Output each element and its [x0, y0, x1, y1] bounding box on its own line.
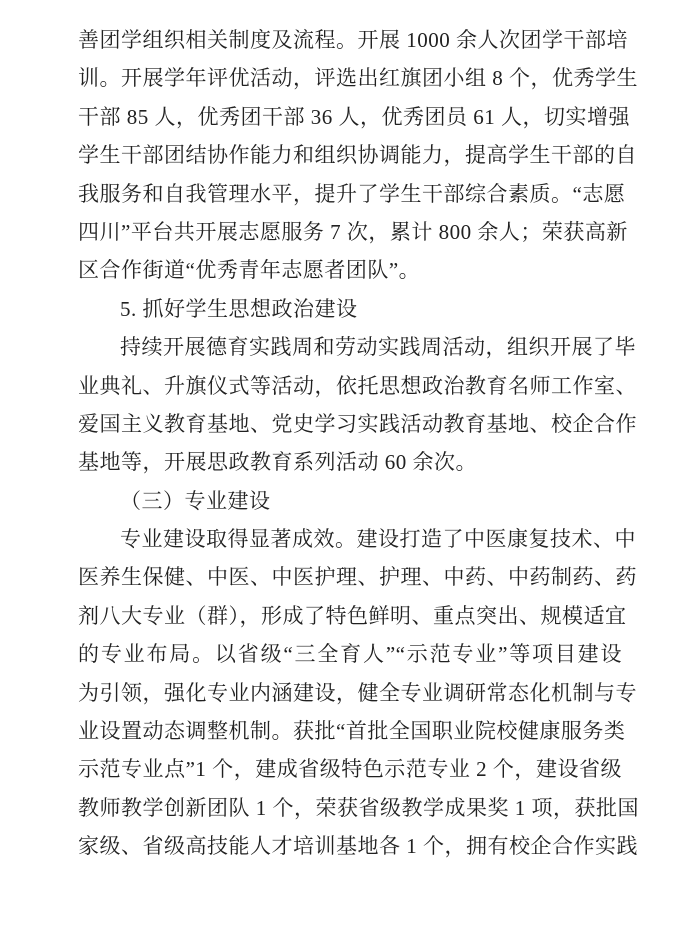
text-line: 的专业布局。以省级“三全育人”“示范专业”等项目建设: [78, 635, 622, 673]
text-line: 基地等，开展思政教育系列活动 60 余次。: [78, 443, 622, 481]
text-line: 爱国主义教育基地、党史学习实践活动教育基地、校企合作: [78, 405, 622, 443]
text-line: 剂八大专业（群），形成了特色鲜明、重点突出、规模适宜: [78, 597, 622, 635]
text-line: 业典礼、升旗仪式等活动，依托思想政治教育名师工作室、: [78, 367, 622, 405]
document-page: 善团学组织相关制度及流程。开展 1000 余人次团学干部培训。开展学年评优活动，…: [0, 0, 700, 952]
text-line: 干部 85 人，优秀团干部 36 人，优秀团员 61 人，切实增强: [78, 98, 622, 136]
text-line: 医养生保健、中医、中医护理、护理、中药、中药制药、药: [78, 558, 622, 596]
heading-item-5: 5. 抓好学生思想政治建设: [78, 290, 622, 328]
text-line: 教师教学创新团队 1 个，荣获省级教学成果奖 1 项，获批国: [78, 789, 622, 827]
paragraph-league-work-continuation: 善团学组织相关制度及流程。开展 1000 余人次团学干部培训。开展学年评优活动，…: [78, 21, 622, 290]
text-line: 家级、省级高技能人才培训基地各 1 个，拥有校企合作实践: [78, 827, 622, 865]
text-line: 区合作街道“优秀青年志愿者团队”。: [78, 251, 622, 289]
text-line: 5. 抓好学生思想政治建设: [78, 290, 622, 328]
text-line: 示范专业点”1 个，建成省级特色示范专业 2 个，建设省级: [78, 750, 622, 788]
text-line: （三）专业建设: [78, 482, 622, 520]
paragraph-ideological-education: 持续开展德育实践周和劳动实践周活动，组织开展了毕业典礼、升旗仪式等活动，依托思想…: [78, 328, 622, 482]
text-line: 训。开展学年评优活动，评选出红旗团小组 8 个，优秀学生: [78, 59, 622, 97]
text-line: 专业建设取得显著成效。建设打造了中医康复技术、中: [78, 520, 622, 558]
text-line: 持续开展德育实践周和劳动实践周活动，组织开展了毕: [78, 328, 622, 366]
paragraph-major-construction: 专业建设取得显著成效。建设打造了中医康复技术、中医养生保健、中医、中医护理、护理…: [78, 520, 622, 866]
text-line: 我服务和自我管理水平，提升了学生干部综合素质。“志愿: [78, 175, 622, 213]
text-line: 学生干部团结协作能力和组织协调能力，提高学生干部的自: [78, 136, 622, 174]
text-line: 善团学组织相关制度及流程。开展 1000 余人次团学干部培: [78, 21, 622, 59]
document-body: 善团学组织相关制度及流程。开展 1000 余人次团学干部培训。开展学年评优活动，…: [78, 21, 622, 866]
text-line: 为引领，强化专业内涵建设，健全专业调研常态化机制与专: [78, 674, 622, 712]
text-line: 业设置动态调整机制。获批“首批全国职业院校健康服务类: [78, 712, 622, 750]
text-line: 四川”平台共开展志愿服务 7 次，累计 800 余人；荣获高新: [78, 213, 622, 251]
heading-section-3: （三）专业建设: [78, 482, 622, 520]
